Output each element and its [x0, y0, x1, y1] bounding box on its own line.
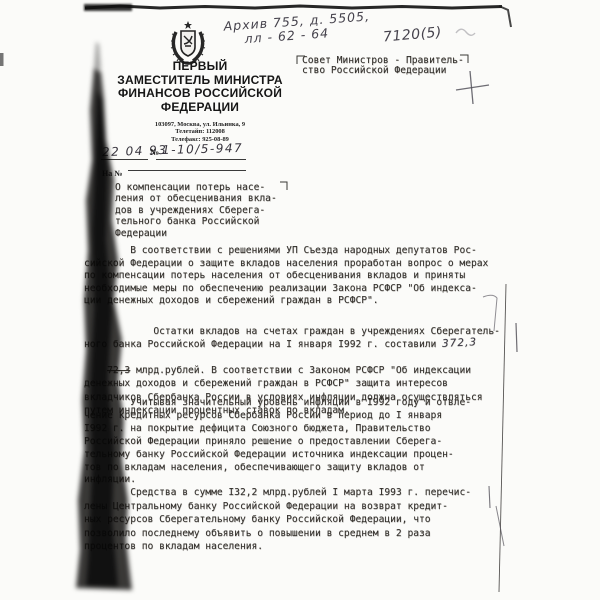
paragraph-3: Учитывая значительный уровень инфляции в…	[84, 397, 534, 487]
letterhead-line: ЗАМЕСТИТЕЛЬ МИНИСТРА	[100, 74, 300, 88]
addressee-block: Совет Министров - Правитель- ство Россий…	[302, 56, 464, 77]
na-underline	[128, 170, 246, 171]
paragraph-2-text-start: Остатки вкладов на счетах граждан в учре…	[84, 326, 500, 350]
struck-typed-amount: 72,3	[107, 365, 130, 376]
letterhead-title: ПЕРВЫЙ ЗАМЕСТИТЕЛЬ МИНИСТРА ФИНАНСОВ РОС…	[100, 60, 300, 114]
letterhead-line: ФЕДЕРАЦИИ	[100, 101, 300, 115]
subject-block: О компенсации потерь насе- ления от обес…	[115, 182, 315, 239]
incoming-ref-line: На №	[102, 161, 122, 180]
handwritten-outgoing-number: 1-10/5-947	[162, 141, 243, 157]
date-underline	[101, 159, 148, 160]
number-underline	[156, 159, 246, 160]
paragraph-4: Средства в сумме I32,2 млрд.рублей I мар…	[84, 486, 534, 554]
number-sign: №	[150, 147, 159, 157]
pencil-squiggle	[456, 29, 475, 35]
letterhead-address: 103097, Москва, ул. Ильинка, 9	[100, 121, 300, 128]
na-number-label: На №	[102, 169, 122, 178]
paragraph-1: В соответствии с решениями УП Съезда нар…	[84, 245, 534, 308]
letterhead-teletype: Телетайп: 112008	[100, 128, 300, 135]
handwritten-correction-amount: 372,3	[442, 336, 478, 351]
letterhead-contacts: 103097, Москва, ул. Ильинка, 9 Телетайп:…	[100, 121, 300, 143]
letterhead-line: ФИНАНСОВ РОССИЙСКОЙ	[100, 87, 300, 101]
scanned-letter-page: Архив 755, д. 5505, лл - 62 - 64 7120(5)…	[0, 0, 600, 600]
letterhead-line: ПЕРВЫЙ	[100, 60, 300, 74]
